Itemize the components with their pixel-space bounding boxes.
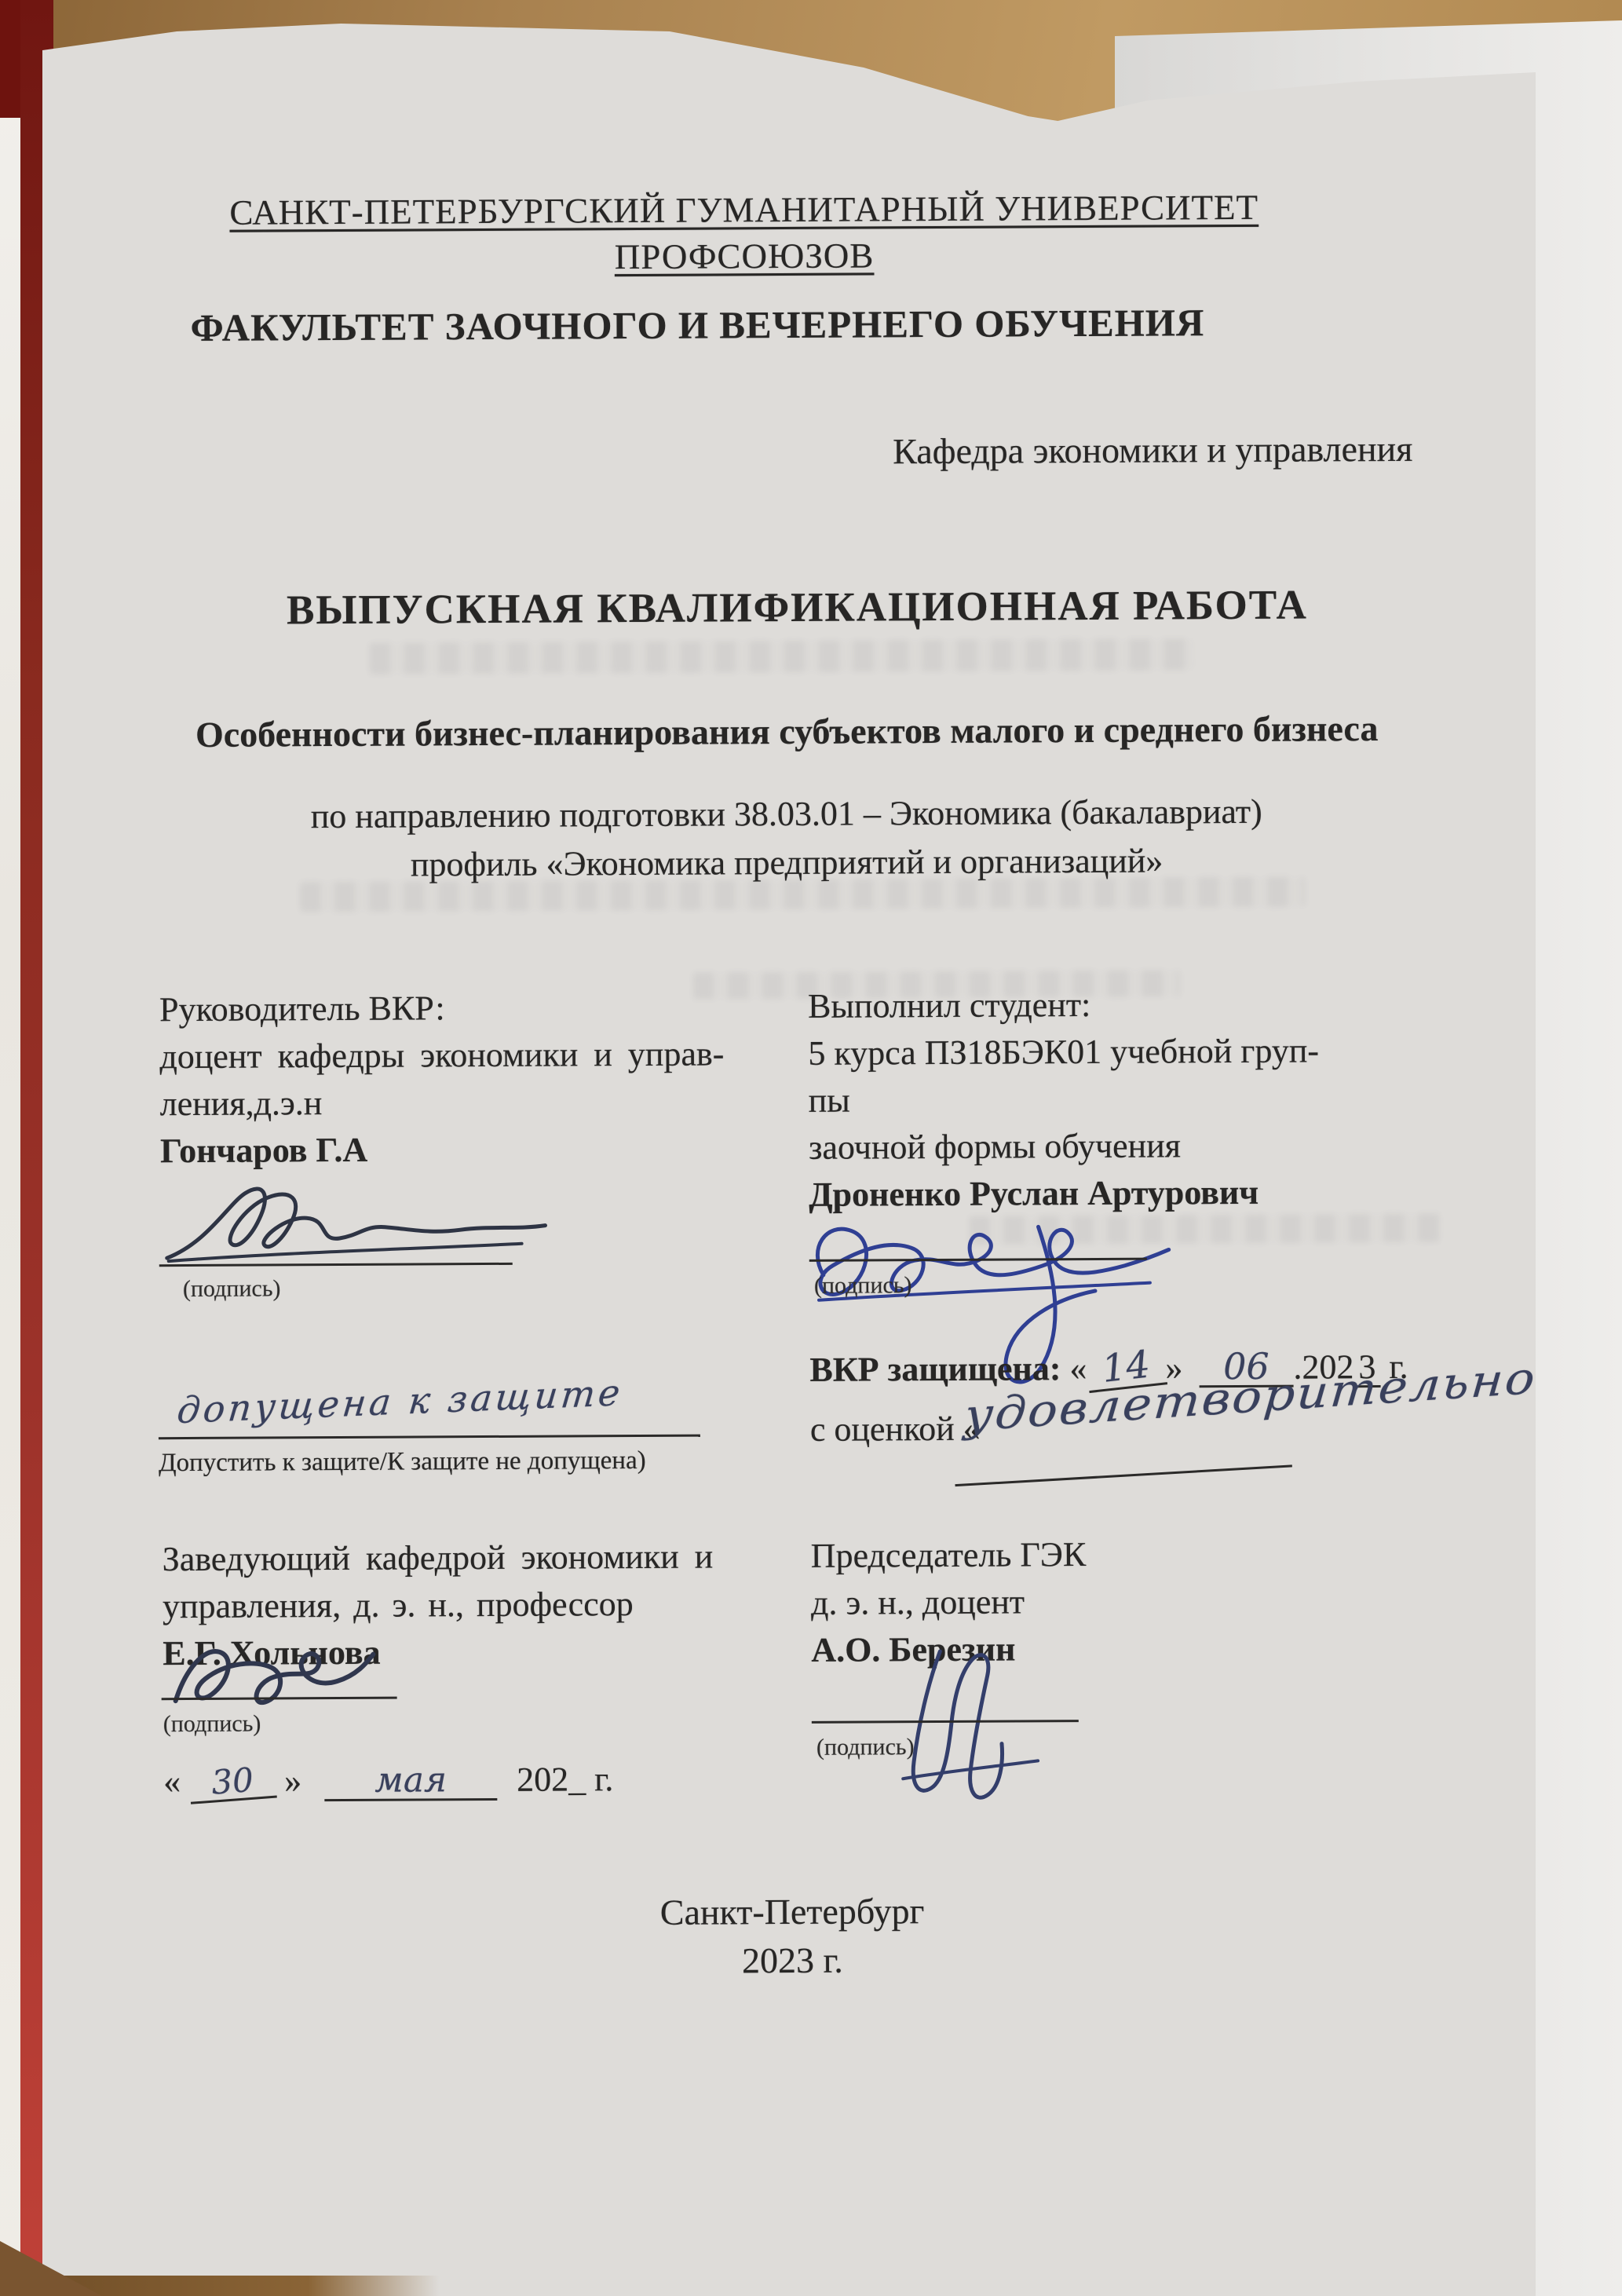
head-signature-caption: (подпись) <box>163 1709 261 1740</box>
supervisor-role-label: Руководитель ВКР: <box>159 983 811 1033</box>
supervisor-signature <box>152 1168 608 1274</box>
footer-city: Санкт-Петербург <box>243 1885 1342 1939</box>
student-study-form: заочной формы обучения <box>809 1121 1515 1172</box>
head-date-year: 202_ г. <box>517 1760 613 1799</box>
bleed-through-text <box>370 638 1194 674</box>
department-name: Кафедра экономики и управления <box>706 426 1412 477</box>
supervisor-name: Гончаров Г.А <box>160 1124 812 1175</box>
grade-underline <box>955 1464 1291 1486</box>
head-date-month-handwritten: мая <box>324 1762 497 1801</box>
program-line: по направлению подготовки 38.03.01 – Эко… <box>135 787 1438 843</box>
work-type-heading: ВЫПУСКНАЯ КВАЛИФИКАЦИОННАЯ РАБОТА <box>220 578 1374 639</box>
supervisor-position-line2: ления,д.э.н <box>160 1077 812 1128</box>
photographed-document: САНКТ-ПЕТЕРБУРГСКИЙ ГУМАНИТАРНЫЙ УНИВЕРС… <box>0 0 1622 2296</box>
profile-line: профиль «Экономика предприятий и организ… <box>135 835 1438 891</box>
head-date-line: « 30 » мая 202_ г. <box>163 1757 613 1804</box>
supervisor-signature-caption: (подпись) <box>183 1273 281 1304</box>
head-position-line2: управления, д. э. н., профессор <box>163 1580 822 1630</box>
footer-year: 2023 г. <box>243 1933 1342 1987</box>
chair-signature-caption: (подпись) <box>816 1731 915 1763</box>
head-signature <box>163 1628 399 1716</box>
head-position-line1: Заведующий кафедрой экономики и <box>163 1533 822 1583</box>
chair-position: д. э. н., доцент <box>811 1576 1518 1627</box>
quote-close: » <box>284 1761 301 1800</box>
quote-open: « <box>163 1762 181 1801</box>
head-date-day-handwritten: 30 <box>188 1761 277 1804</box>
university-name: САНКТ-ПЕТЕРБУРГСКИЙ ГУМАНИТАРНЫЙ УНИВЕРС… <box>132 184 1357 283</box>
thesis-title: Особенности бизнес-планирования субъекто… <box>68 704 1505 759</box>
supervisor-position-line1: доцент кафедры экономики и управ- <box>159 1030 811 1080</box>
title-page: САНКТ-ПЕТЕРБУРГСКИЙ ГУМАНИТАРНЫЙ УНИВЕРС… <box>42 0 1536 2296</box>
student-group-line1: 5 курса ПЗ18БЭК01 учебной груп- <box>808 1026 1514 1077</box>
grade-label: с оценкой « <box>810 1406 981 1453</box>
faculty-name: ФАКУЛЬТЕТ ЗАОЧНОГО И ВЕЧЕРНЕГО ОБУЧЕНИЯ <box>132 298 1262 354</box>
admission-handwritten-note: допущена к защите <box>175 1369 626 1435</box>
student-role-label: Выполнил студент: <box>808 979 1514 1030</box>
title-page-content: САНКТ-ПЕТЕРБУРГСКИЙ ГУМАНИТАРНЫЙ УНИВЕРС… <box>36 0 1541 2296</box>
student-signature-caption: (подпись) <box>814 1270 912 1301</box>
admission-line <box>159 1435 700 1440</box>
chair-title: Председатель ГЭК <box>811 1529 1518 1580</box>
student-group-line2: пы <box>809 1073 1515 1124</box>
admission-caption: Допустить к защите/К защите не допущена) <box>159 1444 646 1481</box>
